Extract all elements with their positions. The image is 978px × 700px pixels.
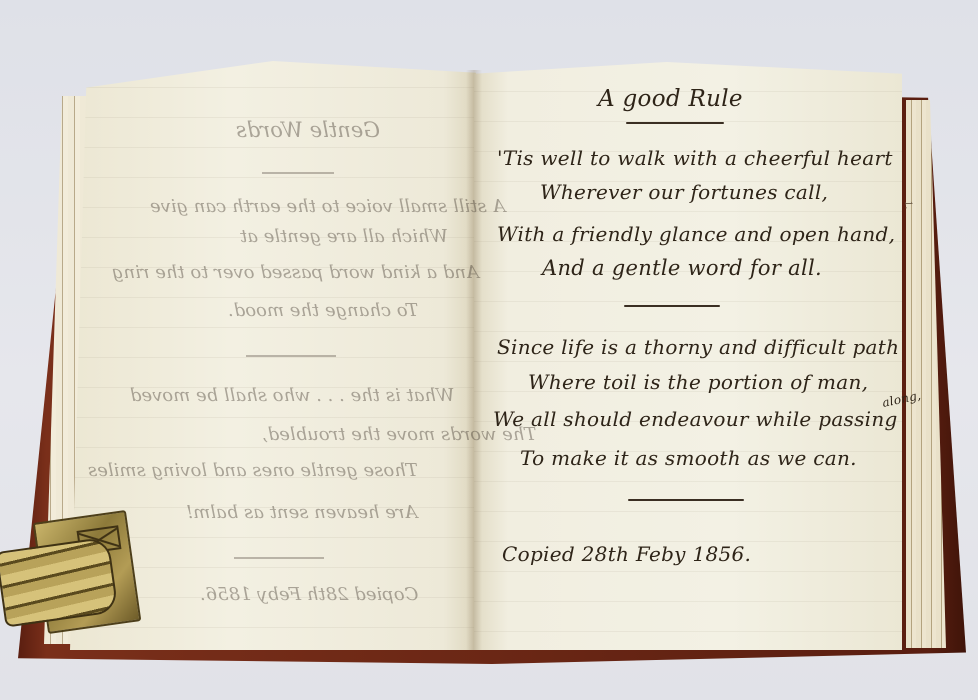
bleed-line: To change the mood. [228,300,418,321]
poem-line: We all should endeavour while passing [493,407,898,431]
poem-line: Where toil is the portion of man, [528,370,868,394]
bleed-signature: Copied 28th Feby 1856. [200,584,418,605]
bleed-rule [246,355,336,357]
margin-mark: 1. [902,201,912,210]
bleed-line: What is the . . . who shall be moved [130,385,455,406]
poem-line: Wherever our fortunes call, [540,180,828,204]
bleed-title: Gentle Words [236,118,380,142]
poem-line: 'Tis well to walk with a cheerful heart [497,146,893,170]
bleed-rule [234,557,324,559]
signature-divider [628,499,744,501]
poem-line: With a friendly glance and open hand, [497,222,895,246]
stanza-divider [624,305,720,307]
copied-date: Copied 28th Feby 1856. [502,542,751,566]
poem-line: To make it as smooth as we can. [520,446,857,470]
poem-line: And a gentle word for all. [542,256,822,280]
bleed-line: Those gentle ones and loving smiles [88,460,418,481]
bleed-line: A still small voice to the earth can giv… [150,196,505,217]
bleed-line: Are heaven sent as balm! [186,502,418,523]
bleed-line: Which all are gentle at [240,226,448,247]
book-gutter [466,70,482,650]
brass-hand-clip [0,514,132,634]
title-underline [626,122,724,124]
bleed-line: And a kind word passed over to the ring [112,262,479,283]
poem-line: Since life is a thorny and difficult pat… [497,335,899,359]
poem-title: A good Rule [598,86,743,112]
photo-scene: Gentle Words A still small voice to the … [0,0,978,700]
bleed-rule [262,172,334,174]
